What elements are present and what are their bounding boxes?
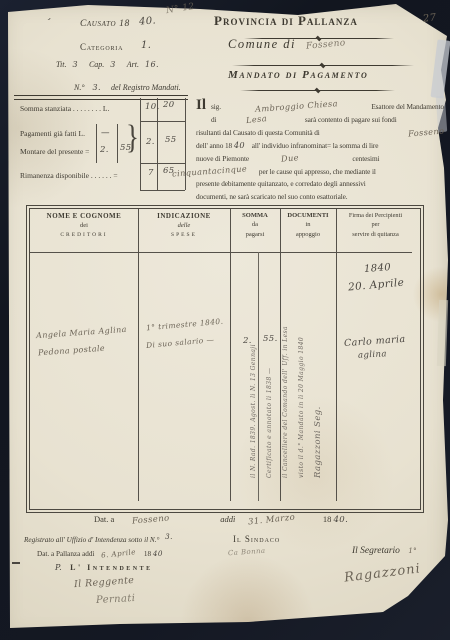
header-line: NOME E COGNOME [30, 212, 138, 220]
summary-row2-label: Pagamenti già fatti L. [20, 129, 85, 138]
documenti-annotation-line: il N. Rad. 1839. Agost. li N. 13 Gennaji [246, 256, 262, 478]
table-header-bottom-line [30, 252, 412, 253]
pallanza-date-line: Dat. a Pallanza addì 6. Aprile 18 40 [37, 549, 163, 558]
header-line: per [337, 221, 414, 228]
summary-sum-cent: 55 [165, 135, 177, 145]
tit-value-handwritten: 3 [72, 60, 78, 69]
mandate-l5-printed2: centesimi [352, 154, 379, 163]
firma-year-handwritten: 1840 [364, 262, 392, 275]
table-header-documenti: DOCUMENTI in appoggio [281, 212, 335, 238]
pallanza-label: Dat. a Pallanza addì [37, 550, 94, 558]
header-line: pagarsi [231, 231, 279, 238]
header-line: SOMMA [231, 212, 279, 219]
registered-label: Registrato all' Uffizio d' Intendenza so… [24, 536, 159, 544]
pallanza-year-printed: 18 [144, 550, 151, 558]
intendente-p-mark: P. [55, 563, 62, 572]
header-line: appoggio [281, 231, 335, 238]
segretario-line: Il Segretario 1° [352, 546, 417, 556]
registro-line: N.° 3. del Registro Mandati. [74, 83, 181, 92]
causato-label: Causato 18 [80, 19, 130, 29]
summary-box-top-border [14, 95, 188, 100]
mandate-line-1: sig. Ambroggio Chiesa Esattore del Manda… [211, 101, 444, 111]
mandate-l4-handwritten: 40 [234, 140, 245, 150]
summary-row2-inner-value: — [101, 128, 110, 138]
header-line: delle [140, 222, 228, 229]
summary-row1-lire: 10. [145, 102, 160, 112]
summary-box-line [140, 163, 185, 164]
registro-number-label: N.° [74, 83, 85, 92]
summary-sum-lire: 2. [146, 137, 155, 147]
mandate-dropcap: Il [196, 97, 206, 114]
table-header-creditori: NOME E COGNOME dei CREDITORI [30, 212, 138, 238]
registered-number-handwritten: 3. [165, 532, 173, 541]
scanned-document-page: N° 12 Causato 18 40. Provincia di Pallan… [0, 0, 450, 640]
summary-brace: } [126, 118, 139, 157]
mandate-l5-handwritten: Due [280, 152, 299, 164]
divider-flourish [240, 88, 395, 93]
header-line: Firma dei Percipienti [337, 212, 414, 219]
torn-edge-sliver [437, 300, 448, 366]
registro-number-handwritten: 3. [93, 83, 101, 92]
comune-label: Comune di [228, 37, 296, 52]
header-line: in [281, 221, 335, 228]
mandate-line-5: nuove di Piemonte Due centesimi [196, 153, 444, 163]
art-value-handwritten: 16. [145, 60, 159, 69]
pallanza-year-handwritten: 40 [153, 549, 163, 558]
mandate-l4-printed2: all' individuo infranominat= la somma di… [252, 141, 379, 150]
mandate-l2-printed: di [211, 115, 216, 124]
mandate-l3-printed: risultanti dal Causato di questa Comunit… [196, 128, 320, 137]
mandato-title: Mandato di Pagamento [228, 69, 368, 81]
header-line: INDICAZIONE [140, 212, 228, 220]
categoria-label: Categoria [80, 42, 123, 52]
dat-a-label: Dat. a [94, 514, 114, 524]
mandate-l1-printed: sig. [211, 102, 221, 111]
mandate-line-8: documenti, ne sarà scaricato nel suo con… [196, 192, 444, 201]
dated-at-line: Dat. a Fosseno addì 31. Marzo 18 40. [94, 514, 348, 525]
summary-box-line [140, 190, 185, 191]
mandate-line-6: cinquantacinque per le cause qui appress… [172, 166, 444, 176]
reggente-signature-line2: Pernati [96, 593, 136, 606]
table-header-spese: INDICAZIONE delle SPESE [140, 212, 228, 238]
causato-year-handwritten: 40. [139, 15, 157, 27]
header-line: SPESE [140, 232, 228, 238]
summary-row1-cent: 20 [163, 100, 175, 110]
year-handwritten: 40. [334, 515, 349, 525]
cap-value-handwritten: 3 [110, 60, 116, 69]
summary-row4-lire: 7 [148, 168, 154, 178]
intendente-label: L' Intendente [70, 563, 153, 572]
mandate-line-3: risultanti dal Causato di questa Comunit… [196, 127, 444, 137]
header-line: CREDITORI [30, 232, 138, 238]
registro-label: del Registro Mandati. [111, 83, 181, 92]
documenti-rotated-annotations: il N. Rad. 1839. Agost. li N. 13 Gennaji… [246, 256, 330, 478]
year-printed: 18 [323, 514, 332, 524]
documenti-annotation-line: Certificato e annotato li 1838 — [262, 256, 278, 478]
mandate-line-2: di Lesa sarà contento di pagare sui fond… [211, 114, 444, 124]
summary-box-line [140, 98, 141, 190]
mandate-l6-printed: per le cause qui appresso, che mediante … [259, 167, 376, 176]
mandate-line-7: presente debitamente quitanzato, e corre… [196, 179, 444, 188]
categoria-handwritten: 1. [141, 40, 151, 51]
summary-row3-inner-lire: 2. [100, 145, 109, 155]
mandate-l2-printed2: sarà contento di pagare sui fondi [305, 115, 397, 124]
segretario-mark-handwritten: 1° [408, 547, 417, 555]
header-line: dei [30, 222, 138, 229]
documenti-signature-rotated: Ragazzoni Seg. [310, 256, 326, 478]
art-label: Art. [127, 60, 139, 69]
summary-row1-label: Somma stanziata . . . . . . . . L. [20, 104, 109, 113]
table-header-somma: SOMMA da pagarsi [231, 212, 279, 238]
summary-box-inner-line [117, 124, 118, 163]
header-line: DOCUMENTI [281, 212, 335, 219]
summary-box-line [140, 121, 185, 122]
segretario-label: Il Segretario [352, 546, 400, 556]
cap-label: Cap. [89, 60, 104, 69]
recipient-signature-line2: aglina [358, 349, 387, 360]
documenti-annotation-line: visto il d.° Mandato in li 20 Maggio 184… [294, 256, 310, 478]
mandate-l1-printed2: Esattore del Mandamento [371, 102, 444, 111]
tit-cap-art-line: Tit. 3 Cap. 3 Art. 16. [56, 60, 159, 69]
addi-label: addì [220, 514, 235, 524]
divider-flourish [232, 63, 414, 68]
intendente-line: P. L' Intendente [55, 563, 153, 572]
summary-box-inner-line [96, 124, 97, 163]
mandate-line-4: dell' anno 18 40 all' individuo infranom… [196, 140, 444, 150]
tit-label: Tit. [56, 60, 66, 69]
sindaco-label: Il Sindaco [233, 534, 280, 544]
mandate-l3-handwritten: Fosseno [407, 125, 444, 138]
page-number-handwritten: 27 [422, 12, 437, 24]
stray-pen-mark [12, 562, 20, 564]
mandate-l4-printed: dell' anno 18 [196, 141, 232, 150]
mandate-l2-handwritten: Lesa [246, 113, 268, 125]
documenti-annotation-line: il Cancelliere del Comando dell' Uff. in… [278, 256, 294, 478]
dat-place-handwritten: Fosseno [132, 513, 170, 526]
provincia-title: Provincia di Pallanza [214, 13, 358, 29]
summary-row4-label: Rimanenza disponibile . . . . . . = [20, 171, 118, 180]
mandate-l5-printed: nuove di Piemonte [196, 154, 249, 163]
summary-row3-label: Montare del presente = [20, 147, 89, 156]
table-header-firma: Firma dei Percipienti per servire di qui… [337, 212, 414, 238]
header-line: da [231, 221, 279, 228]
pallanza-date-handwritten: 6. Aprile [101, 547, 137, 560]
registered-intendenza-line: Registrato all' Uffizio d' Intendenza so… [24, 535, 173, 544]
header-line: servire di quitanza [337, 231, 414, 238]
